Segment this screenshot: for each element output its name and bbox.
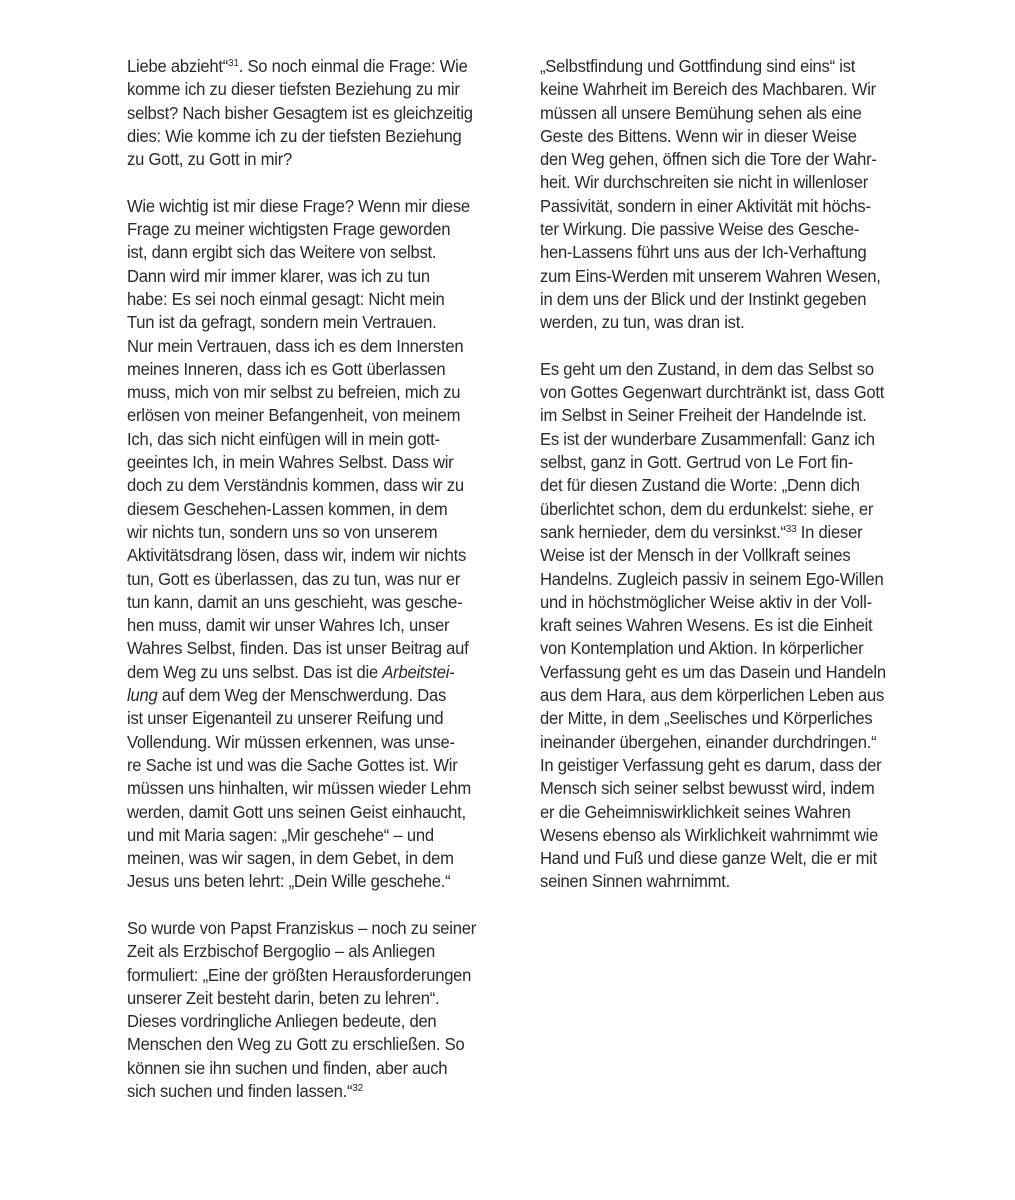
text-run: dies: Wie komme ich zu der tiefsten Bezi…	[127, 126, 462, 146]
text-line: Es geht um den Zustand, in dem das Selbs…	[540, 358, 908, 381]
text-run: Handelns. Zugleich passiv in seinem Ego-…	[540, 569, 884, 589]
text-run: heit. Wir durchschreiten sie nicht in wi…	[540, 172, 868, 192]
text-run: ineinander übergehen, einander durchdrin…	[540, 732, 876, 752]
italic-text-run: lung	[127, 685, 157, 705]
text-run: kraft seines Wahren Wesens. Es ist die E…	[540, 615, 872, 635]
text-run: Wahres Selbst, finden. Das ist unser Bei…	[127, 638, 468, 658]
text-run: auf dem Weg der Menschwerdung. Das	[157, 685, 446, 705]
text-run: Frage zu meiner wichtigsten Frage geword…	[127, 219, 450, 239]
text-run: Vollendung. Wir müssen erkennen, was uns…	[127, 732, 455, 752]
text-line: tun kann, damit an uns geschieht, was ge…	[127, 591, 495, 614]
text-run: Mensch sich seiner selbst bewusst wird, …	[540, 778, 874, 798]
text-line: ist unser Eigenanteil zu unserer Reifung…	[127, 707, 495, 730]
text-line: dies: Wie komme ich zu der tiefsten Bezi…	[127, 125, 495, 148]
italic-text-run: Arbeitstei-	[382, 662, 454, 682]
text-run: „Selbstfindung und Gottfindung sind eins…	[540, 56, 855, 76]
text-line: meinen, was wir sagen, in dem Gebet, in …	[127, 847, 495, 870]
text-line: zu Gott, zu Gott in mir?	[127, 148, 495, 171]
text-run: Liebe abzieht“	[127, 56, 228, 76]
text-line: erlösen von meiner Befangenheit, von mei…	[127, 404, 495, 427]
text-run: zum Eins-Werden mit unserem Wahren Wesen…	[540, 266, 881, 286]
text-line: Wahres Selbst, finden. Das ist unser Bei…	[127, 637, 495, 660]
text-line: In geistiger Verfassung geht es darum, d…	[540, 754, 908, 777]
text-line: So wurde von Papst Franziskus – noch zu …	[127, 917, 495, 940]
text-run: und in höchstmöglicher Weise aktiv in de…	[540, 592, 872, 612]
text-line: werden, zu tun, was dran ist.	[540, 311, 908, 334]
text-run: Ich, das sich nicht einfügen will in mei…	[127, 429, 440, 449]
text-line: müssen uns hinhalten, wir müssen wieder …	[127, 777, 495, 800]
text-line: meines Inneren, dass ich es Gott überlas…	[127, 358, 495, 381]
text-run: Menschen den Weg zu Gott zu erschließen.…	[127, 1034, 464, 1054]
text-run: Es ist der wunderbare Zusammenfall: Ganz…	[540, 429, 875, 449]
text-run: erlösen von meiner Befangenheit, von mei…	[127, 405, 460, 425]
paragraph: Liebe abzieht“31. So noch einmal die Fra…	[127, 55, 512, 171]
text-line: Wesens ebenso als Wirklichkeit wahrnimmt…	[540, 824, 908, 847]
text-line: Mensch sich seiner selbst bewusst wird, …	[540, 777, 908, 800]
text-run: selbst, ganz in Gott. Gertrud von Le For…	[540, 452, 853, 472]
text-line: hen muss, damit wir unser Wahres Ich, un…	[127, 614, 495, 637]
text-run: der Mitte, in dem „Seelisches und Körper…	[540, 708, 872, 728]
text-run: diesem Geschehen-Lassen kommen, in dem	[127, 499, 447, 519]
text-run: keine Wahrheit im Bereich des Machbaren.…	[540, 79, 876, 99]
text-line: muss, mich von mir selbst zu befreien, m…	[127, 381, 495, 404]
text-run: unserer Zeit besteht darin, beten zu leh…	[127, 988, 439, 1008]
text-line: Menschen den Weg zu Gott zu erschließen.…	[127, 1033, 495, 1056]
text-run: hen muss, damit wir unser Wahres Ich, un…	[127, 615, 449, 635]
text-run: werden, damit Gott uns seinen Geist einh…	[127, 802, 466, 822]
text-run: werden, zu tun, was dran ist.	[540, 312, 744, 332]
text-run: meines Inneren, dass ich es Gott überlas…	[127, 359, 445, 379]
text-line: lung auf dem Weg der Menschwerdung. Das	[127, 684, 495, 707]
text-line: und mit Maria sagen: „Mir geschehe“ – un…	[127, 824, 495, 847]
text-line: ist, dann ergibt sich das Weitere von se…	[127, 241, 495, 264]
text-run: Jesus uns beten lehrt: „Dein Wille gesch…	[127, 871, 450, 891]
text-run: ist unser Eigenanteil zu unserer Reifung…	[127, 708, 443, 728]
text-line: hen-Lassens führt uns aus der Ich-Verhaf…	[540, 241, 908, 264]
text-line: Passivität, sondern in einer Aktivität m…	[540, 195, 908, 218]
text-line: Geste des Bittens. Wenn wir in dieser We…	[540, 125, 908, 148]
text-line: habe: Es sei noch einmal gesagt: Nicht m…	[127, 288, 495, 311]
text-line: doch zu dem Verständnis kommen, dass wir…	[127, 474, 495, 497]
text-run: in dem uns der Blick und der Instinkt ge…	[540, 289, 866, 309]
text-run: zu Gott, zu Gott in mir?	[127, 149, 292, 169]
text-line: komme ich zu dieser tiefsten Beziehung z…	[127, 78, 495, 101]
footnote-reference: 33	[786, 523, 797, 535]
text-line: Liebe abzieht“31. So noch einmal die Fra…	[127, 55, 495, 78]
text-line: tun, Gott es überlassen, das zu tun, was…	[127, 568, 495, 591]
text-line: er die Geheimniswirklichkeit seines Wahr…	[540, 801, 908, 824]
text-run: Nur mein Vertrauen, dass ich es dem Inne…	[127, 336, 463, 356]
text-line: heit. Wir durchschreiten sie nicht in wi…	[540, 171, 908, 194]
text-line: Zeit als Erzbischof Bergoglio – als Anli…	[127, 940, 495, 963]
text-run: Geste des Bittens. Wenn wir in dieser We…	[540, 126, 857, 146]
text-line: Frage zu meiner wichtigsten Frage geword…	[127, 218, 495, 241]
text-line: können sie ihn suchen und finden, aber a…	[127, 1057, 495, 1080]
paragraph: Es geht um den Zustand, in dem das Selbs…	[540, 358, 925, 894]
text-line: Weise ist der Mensch in der Vollkraft se…	[540, 544, 908, 567]
text-line: seinen Sinnen wahrnimmt.	[540, 870, 908, 893]
text-run: Dieses vordringliche Anliegen bedeute, d…	[127, 1011, 436, 1031]
text-run: geeintes Ich, in mein Wahres Selbst. Das…	[127, 452, 453, 472]
text-run: habe: Es sei noch einmal gesagt: Nicht m…	[127, 289, 444, 309]
text-run: . So noch einmal die Frage: Wie	[239, 56, 468, 76]
text-line: zum Eins-Werden mit unserem Wahren Wesen…	[540, 265, 908, 288]
text-line: keine Wahrheit im Bereich des Machbaren.…	[540, 78, 908, 101]
paragraph: Wie wichtig ist mir diese Frage? Wenn mi…	[127, 195, 512, 894]
text-run: aus dem Hara, aus dem körperlichen Leben…	[540, 685, 884, 705]
text-run: können sie ihn suchen und finden, aber a…	[127, 1058, 447, 1078]
text-run: im Selbst in Seiner Freiheit der Handeln…	[540, 405, 867, 425]
text-line: wir nichts tun, sondern uns so von unser…	[127, 521, 495, 544]
text-run: tun, Gott es überlassen, das zu tun, was…	[127, 569, 460, 589]
text-run: formuliert: „Eine der größten Herausford…	[127, 965, 471, 985]
text-line: Dieses vordringliche Anliegen bedeute, d…	[127, 1010, 495, 1033]
paragraph: So wurde von Papst Franziskus – noch zu …	[127, 917, 512, 1103]
text-line: Aktivitätsdrang lösen, dass wir, indem w…	[127, 544, 495, 567]
text-run: So wurde von Papst Franziskus – noch zu …	[127, 918, 476, 938]
text-line: ter Wirkung. Die passive Weise des Gesch…	[540, 218, 908, 241]
text-line: von Gottes Gegenwart durchtränkt ist, da…	[540, 381, 908, 404]
text-line: Verfassung geht es um das Dasein und Han…	[540, 661, 908, 684]
text-line: det für diesen Zustand die Worte: „Denn …	[540, 474, 908, 497]
text-run: Zeit als Erzbischof Bergoglio – als Anli…	[127, 941, 435, 961]
text-run: überlichtet schon, dem du erdunkelst: si…	[540, 499, 873, 519]
text-line: formuliert: „Eine der größten Herausford…	[127, 964, 495, 987]
text-line: Hand und Fuß und diese ganze Welt, die e…	[540, 847, 908, 870]
text-run: den Weg gehen, öffnen sich die Tore der …	[540, 149, 877, 169]
text-run: dem Weg zu uns selbst. Das ist die	[127, 662, 382, 682]
text-run: Hand und Fuß und diese ganze Welt, die e…	[540, 848, 877, 868]
text-line: dem Weg zu uns selbst. Das ist die Arbei…	[127, 661, 495, 684]
text-line: Jesus uns beten lehrt: „Dein Wille gesch…	[127, 870, 495, 893]
text-line: kraft seines Wahren Wesens. Es ist die E…	[540, 614, 908, 637]
text-run: meinen, was wir sagen, in dem Gebet, in …	[127, 848, 454, 868]
text-line: Tun ist da gefragt, sondern mein Vertrau…	[127, 311, 495, 334]
text-line: geeintes Ich, in mein Wahres Selbst. Das…	[127, 451, 495, 474]
text-line: in dem uns der Blick und der Instinkt ge…	[540, 288, 908, 311]
text-line: selbst? Nach bisher Gesagtem ist es glei…	[127, 102, 495, 125]
text-run: ter Wirkung. Die passive Weise des Gesch…	[540, 219, 859, 239]
text-line: aus dem Hara, aus dem körperlichen Leben…	[540, 684, 908, 707]
text-line: im Selbst in Seiner Freiheit der Handeln…	[540, 404, 908, 427]
book-page: Liebe abzieht“31. So noch einmal die Fra…	[0, 0, 1015, 1200]
text-run: Es geht um den Zustand, in dem das Selbs…	[540, 359, 874, 379]
text-line: Nur mein Vertrauen, dass ich es dem Inne…	[127, 335, 495, 358]
text-line: Dann wird mir immer klarer, was ich zu t…	[127, 265, 495, 288]
text-line: diesem Geschehen-Lassen kommen, in dem	[127, 498, 495, 521]
text-line: Handelns. Zugleich passiv in seinem Ego-…	[540, 568, 908, 591]
text-line: werden, damit Gott uns seinen Geist einh…	[127, 801, 495, 824]
text-run: müssen all unsere Bemühung sehen als ein…	[540, 103, 862, 123]
text-run: tun kann, damit an uns geschieht, was ge…	[127, 592, 462, 612]
text-run: wir nichts tun, sondern uns so von unser…	[127, 522, 437, 542]
text-run: müssen uns hinhalten, wir müssen wieder …	[127, 778, 471, 798]
text-run: Verfassung geht es um das Dasein und Han…	[540, 662, 886, 682]
text-line: überlichtet schon, dem du erdunkelst: si…	[540, 498, 908, 521]
text-line: Es ist der wunderbare Zusammenfall: Ganz…	[540, 428, 908, 451]
text-run: sich suchen und finden lassen.“	[127, 1081, 352, 1101]
text-run: muss, mich von mir selbst zu befreien, m…	[127, 382, 460, 402]
text-line: ineinander übergehen, einander durchdrin…	[540, 731, 908, 754]
text-run: In geistiger Verfassung geht es darum, d…	[540, 755, 881, 775]
text-run: komme ich zu dieser tiefsten Beziehung z…	[127, 79, 460, 99]
text-run: Wesens ebenso als Wirklichkeit wahrnimmt…	[540, 825, 878, 845]
footnote-reference: 31	[228, 57, 239, 69]
text-run: selbst? Nach bisher Gesagtem ist es glei…	[127, 103, 473, 123]
text-line: müssen all unsere Bemühung sehen als ein…	[540, 102, 908, 125]
text-run: er die Geheimniswirklichkeit seines Wahr…	[540, 802, 851, 822]
text-run: In dieser	[796, 522, 862, 542]
text-run: Wie wichtig ist mir diese Frage? Wenn mi…	[127, 196, 470, 216]
text-line: Wie wichtig ist mir diese Frage? Wenn mi…	[127, 195, 495, 218]
text-run: und mit Maria sagen: „Mir geschehe“ – un…	[127, 825, 434, 845]
text-run: det für diesen Zustand die Worte: „Denn …	[540, 475, 860, 495]
text-line: unserer Zeit besteht darin, beten zu leh…	[127, 987, 495, 1010]
text-run: Tun ist da gefragt, sondern mein Vertrau…	[127, 312, 436, 332]
text-line: und in höchstmöglicher Weise aktiv in de…	[540, 591, 908, 614]
text-run: sank hernieder, dem du versinkst.“	[540, 522, 786, 542]
footnote-reference: 32	[352, 1082, 363, 1094]
text-run: Passivität, sondern in einer Aktivität m…	[540, 196, 871, 216]
text-run: hen-Lassens führt uns aus der Ich-Verhaf…	[540, 242, 866, 262]
text-line: den Weg gehen, öffnen sich die Tore der …	[540, 148, 908, 171]
text-line: sich suchen und finden lassen.“32	[127, 1080, 495, 1103]
text-run: doch zu dem Verständnis kommen, dass wir…	[127, 475, 464, 495]
text-run: re Sache ist und was die Sache Gottes is…	[127, 755, 458, 775]
text-line: Vollendung. Wir müssen erkennen, was uns…	[127, 731, 495, 754]
text-run: von Kontemplation und Aktion. In körperl…	[540, 638, 863, 658]
text-line: von Kontemplation und Aktion. In körperl…	[540, 637, 908, 660]
text-line: selbst, ganz in Gott. Gertrud von Le For…	[540, 451, 908, 474]
text-run: seinen Sinnen wahrnimmt.	[540, 871, 730, 891]
left-text-column: Liebe abzieht“31. So noch einmal die Fra…	[127, 55, 512, 1127]
text-line: Ich, das sich nicht einfügen will in mei…	[127, 428, 495, 451]
text-run: ist, dann ergibt sich das Weitere von se…	[127, 242, 436, 262]
text-run: Aktivitätsdrang lösen, dass wir, indem w…	[127, 545, 466, 565]
text-line: „Selbstfindung und Gottfindung sind eins…	[540, 55, 908, 78]
text-line: sank hernieder, dem du versinkst.“33 In …	[540, 521, 908, 544]
text-run: von Gottes Gegenwart durchtränkt ist, da…	[540, 382, 884, 402]
text-run: Dann wird mir immer klarer, was ich zu t…	[127, 266, 430, 286]
paragraph: „Selbstfindung und Gottfindung sind eins…	[540, 55, 925, 335]
text-line: der Mitte, in dem „Seelisches und Körper…	[540, 707, 908, 730]
text-line: re Sache ist und was die Sache Gottes is…	[127, 754, 495, 777]
text-run: Weise ist der Mensch in der Vollkraft se…	[540, 545, 850, 565]
right-text-column: „Selbstfindung und Gottfindung sind eins…	[540, 55, 925, 917]
